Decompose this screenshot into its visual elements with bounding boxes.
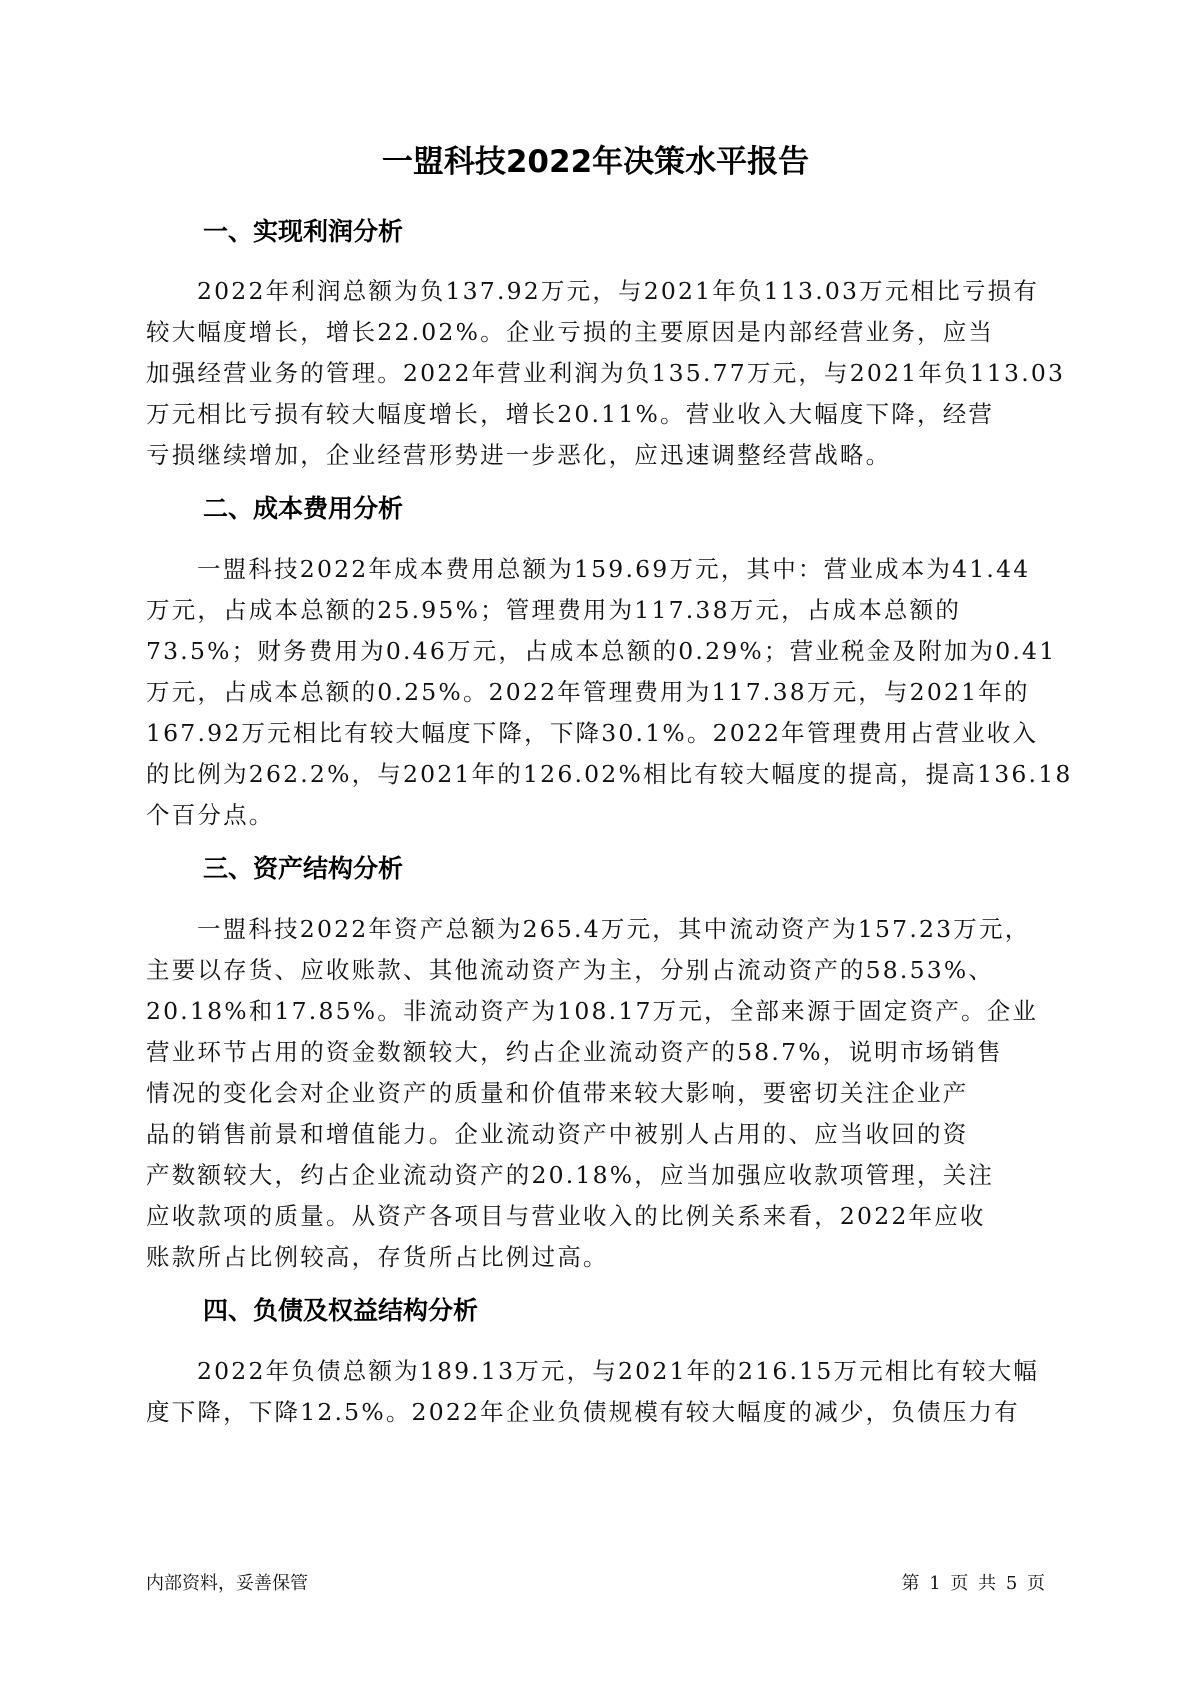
paragraph-line: 主要以存货、应收账款、其他流动资产为主，分别占流动资产的58.53%、 bbox=[146, 951, 1046, 985]
paragraph-line: 万元，占成本总额的0.25%。2022年管理费用为117.38万元，与2021年… bbox=[146, 673, 1046, 707]
section-heading-liabilities: 四、负债及权益结构分析 bbox=[203, 1291, 478, 1327]
paragraph-line: 亏损继续增加，企业经营形势进一步恶化，应迅速调整经营战略。 bbox=[146, 436, 1046, 470]
section-heading-profit: 一、实现利润分析 bbox=[203, 212, 403, 248]
paragraph-line: 度下降，下降12.5%。2022年企业负债规模有较大幅度的减少，负债压力有 bbox=[146, 1393, 1046, 1427]
paragraph-line: 的比例为262.2%，与2021年的126.02%相比有较大幅度的提高，提高13… bbox=[146, 755, 1046, 789]
paragraph-line: 较大幅度增长，增长22.02%。企业亏损的主要原因是内部经营业务，应当 bbox=[146, 313, 1046, 347]
paragraph-line: 20.18%和17.85%。非流动资产为108.17万元，全部来源于固定资产。企… bbox=[146, 992, 1046, 1026]
paragraph-line: 应收款项的质量。从资产各项目与营业收入的比例关系来看，2022年应收 bbox=[146, 1197, 1046, 1231]
paragraph-line: 2022年负债总额为189.13万元，与2021年的216.15万元相比有较大幅 bbox=[197, 1352, 1097, 1386]
document-page: 一盟科技2022年决策水平报告 一、实现利润分析 2022年利润总额为负137.… bbox=[0, 0, 1191, 1684]
paragraph-line: 万元，占成本总额的25.95%；管理费用为117.38万元，占成本总额的 bbox=[146, 591, 1046, 625]
paragraph-line: 情况的变化会对企业资产的质量和价值带来较大影响，要密切关注企业产 bbox=[146, 1074, 1046, 1108]
paragraph-line: 加强经营业务的管理。2022年营业利润为负135.77万元，与2021年负113… bbox=[146, 354, 1046, 388]
paragraph-line: 账款所占比例较高，存货所占比例过高。 bbox=[146, 1238, 1046, 1272]
paragraph-line: 产数额较大，约占企业流动资产的20.18%，应当加强应收款项管理，关注 bbox=[146, 1156, 1046, 1190]
paragraph-line: 营业环节占用的资金数额较大，约占企业流动资产的58.7%，说明市场销售 bbox=[146, 1033, 1046, 1067]
section-heading-assets: 三、资产结构分析 bbox=[203, 849, 403, 885]
paragraph-line: 一盟科技2022年资产总额为265.4万元，其中流动资产为157.23万元， bbox=[197, 910, 1097, 944]
paragraph-line: 73.5%；财务费用为0.46万元，占成本总额的0.29%；营业税金及附加为0.… bbox=[146, 632, 1046, 666]
paragraph-line: 167.92万元相比有较大幅度下降，下降30.1%。2022年管理费用占营业收入 bbox=[146, 714, 1046, 748]
footer-page-number: 第 1 页 共 5 页 bbox=[901, 1569, 1045, 1595]
paragraph-line: 个百分点。 bbox=[146, 796, 1046, 830]
paragraph-line: 2022年利润总额为负137.92万元，与2021年负113.03万元相比亏损有 bbox=[197, 272, 1097, 306]
section-heading-cost: 二、成本费用分析 bbox=[203, 489, 403, 525]
paragraph-line: 一盟科技2022年成本费用总额为159.69万元，其中：营业成本为41.44 bbox=[197, 550, 1097, 584]
footer-confidential-note: 内部资料，妥善保管 bbox=[146, 1569, 308, 1595]
paragraph-line: 品的销售前景和增值能力。企业流动资产中被别人占用的、应当收回的资 bbox=[146, 1115, 1046, 1149]
paragraph-line: 万元相比亏损有较大幅度增长，增长20.11%。营业收入大幅度下降，经营 bbox=[146, 395, 1046, 429]
document-title: 一盟科技2022年决策水平报告 bbox=[0, 136, 1191, 181]
